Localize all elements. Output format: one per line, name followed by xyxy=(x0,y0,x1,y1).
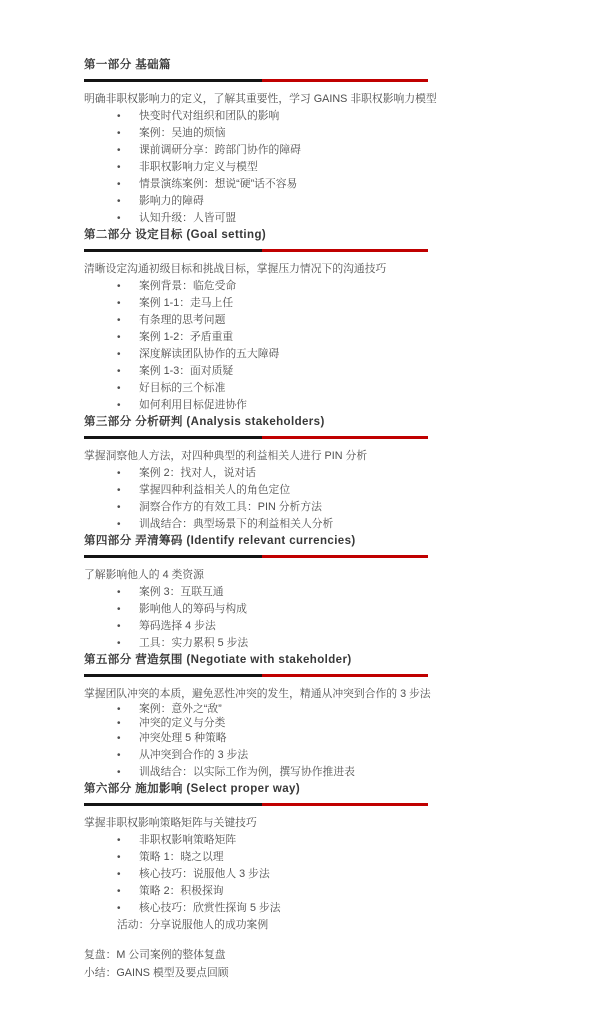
divider-red-segment xyxy=(262,803,428,806)
section-title: 第四部分 弄清筹码 (Identify relevant currencies) xyxy=(84,533,534,550)
bullet-item: •如何利用目标促进协作 xyxy=(84,397,534,414)
bullet-marker: • xyxy=(117,363,121,380)
bullet-text: 非职权影响策略矩阵 xyxy=(139,834,236,846)
section-intro: 清晰设定沟通初级目标和挑战目标，掌握压力情况下的沟通技巧 xyxy=(84,261,534,278)
bullet-marker: • xyxy=(117,346,121,363)
bullet-item: •案例 1-1：走马上任 xyxy=(84,295,534,312)
bullet-item: •有条理的思考问题 xyxy=(84,312,534,329)
divider-black-segment xyxy=(84,249,262,252)
bullet-text: 如何利用目标促进协作 xyxy=(139,399,247,411)
bullet-marker: • xyxy=(117,210,121,227)
section-divider xyxy=(84,79,428,82)
bullet-item: •筹码选择 4 步法 xyxy=(84,618,534,635)
bullet-item: •案例：意外之“敌” xyxy=(84,703,534,717)
bullet-item: •核心技巧：说服他人 3 步法 xyxy=(84,866,534,883)
bullet-marker: • xyxy=(117,142,121,159)
bullet-text: 好目标的三个标准 xyxy=(139,382,225,394)
section-intro: 掌握洞察他人方法，对四种典型的利益相关人进行 PIN 分析 xyxy=(84,448,534,465)
bullet-marker: • xyxy=(117,516,121,533)
bullet-text: 案例：吴迪的烦恼 xyxy=(139,127,225,139)
bullet-text: 筹码选择 4 步法 xyxy=(139,620,216,632)
divider-red-segment xyxy=(262,79,428,82)
bullet-list: •案例：意外之“敌”•冲突的定义与分类•冲突处理 5 种策略•从冲突到合作的 3… xyxy=(84,703,534,781)
bullet-item: •好目标的三个标准 xyxy=(84,380,534,397)
bullet-text: 案例背景：临危受命 xyxy=(139,280,236,292)
bullet-marker: • xyxy=(117,717,121,731)
bullet-text: 洞察合作方的有效工具：PIN 分析方法 xyxy=(139,501,322,513)
bullet-item: •影响力的障碍 xyxy=(84,193,534,210)
section-divider xyxy=(84,555,428,558)
bullet-marker: • xyxy=(117,482,121,499)
course-section: 第五部分 营造氛围 (Negotiate with stakeholder) 掌… xyxy=(84,652,534,781)
divider-red-segment xyxy=(262,436,428,439)
bullet-text: 情景演练案例：想说“硬”话不容易 xyxy=(139,178,297,190)
bullet-text: 策略 1：晓之以理 xyxy=(139,851,224,863)
section-title: 第一部分 基础篇 xyxy=(84,57,534,74)
bullet-marker: • xyxy=(117,193,121,210)
section-title: 第三部分 分析研判 (Analysis stakeholders) xyxy=(84,414,534,431)
section-divider xyxy=(84,803,428,806)
bullet-text: 从冲突到合作的 3 步法 xyxy=(139,749,248,761)
divider-black-segment xyxy=(84,79,262,82)
course-section: 第二部分 设定目标 (Goal setting) 清晰设定沟通初级目标和挑战目标… xyxy=(84,227,534,414)
bullet-item: •非职权影响策略矩阵 xyxy=(84,832,534,849)
course-section: 第一部分 基础篇 明确非职权影响力的定义，了解其重要性，学习 GAINS 非职权… xyxy=(84,57,534,227)
bullet-marker: • xyxy=(117,312,121,329)
bullet-text: 策略 2：积极探询 xyxy=(139,885,224,897)
bullet-text: 训战结合：典型场景下的利益相关人分析 xyxy=(139,518,333,530)
bullet-text: 案例 1-3：面对质疑 xyxy=(139,365,233,377)
bullet-text: 冲突的定义与分类 xyxy=(139,717,225,729)
bullet-text: 案例 3：互联互通 xyxy=(139,586,224,598)
bullet-text: 深度解读团队协作的五大障碍 xyxy=(139,348,279,360)
bullet-marker: • xyxy=(117,397,121,414)
bullet-item: •训战结合：以实际工作为例，撰写协作推进表 xyxy=(84,764,534,781)
bullet-marker: • xyxy=(117,499,121,516)
bullet-marker: • xyxy=(117,764,121,781)
bullet-item: •深度解读团队协作的五大障碍 xyxy=(84,346,534,363)
bullet-marker: • xyxy=(117,866,121,883)
bullet-item: •策略 1：晓之以理 xyxy=(84,849,534,866)
bullet-item: •案例：吴迪的烦恼 xyxy=(84,125,534,142)
bullet-item: •案例背景：临危受命 xyxy=(84,278,534,295)
bullet-list: •非职权影响策略矩阵•策略 1：晓之以理•核心技巧：说服他人 3 步法•策略 2… xyxy=(84,832,534,917)
bullet-item: •案例 2：找对人，说对话 xyxy=(84,465,534,482)
bullet-marker: • xyxy=(117,883,121,900)
section-title: 第二部分 设定目标 (Goal setting) xyxy=(84,227,534,244)
bullet-list: •案例 3：互联互通•影响他人的筹码与构成•筹码选择 4 步法•工具：实力累积 … xyxy=(84,584,534,652)
bullet-marker: • xyxy=(117,832,121,849)
bullet-item: •案例 1-3：面对质疑 xyxy=(84,363,534,380)
bullet-text: 影响力的障碍 xyxy=(139,195,204,207)
bullet-item: •案例 3：互联互通 xyxy=(84,584,534,601)
bullet-marker: • xyxy=(117,584,121,601)
bullet-text: 课前调研分享：跨部门协作的障碍 xyxy=(139,144,301,156)
bullet-marker: • xyxy=(117,747,121,764)
bullet-list: •快变时代对组织和团队的影响•案例：吴迪的烦恼•课前调研分享：跨部门协作的障碍•… xyxy=(84,108,534,227)
bullet-marker: • xyxy=(117,601,121,618)
section-divider xyxy=(84,436,428,439)
bullet-text: 快变时代对组织和团队的影响 xyxy=(139,110,279,122)
document-footer: 复盘：M 公司案例的整体复盘 小结：GAINS 模型及要点回顾 xyxy=(84,946,534,982)
bullet-item: •训战结合：典型场景下的利益相关人分析 xyxy=(84,516,534,533)
divider-black-segment xyxy=(84,674,262,677)
bullet-item: •影响他人的筹码与构成 xyxy=(84,601,534,618)
bullet-text: 案例 2：找对人，说对话 xyxy=(139,467,256,479)
bullet-marker: • xyxy=(117,618,121,635)
sections: 第一部分 基础篇 明确非职权影响力的定义，了解其重要性，学习 GAINS 非职权… xyxy=(84,57,534,934)
footer-line-review: 复盘：M 公司案例的整体复盘 xyxy=(84,946,534,964)
section-intro: 掌握非职权影响策略矩阵与关键技巧 xyxy=(84,815,534,832)
bullet-item: •冲突的定义与分类 xyxy=(84,717,534,731)
bullet-text: 非职权影响力定义与模型 xyxy=(139,161,258,173)
divider-red-segment xyxy=(262,555,428,558)
section-divider xyxy=(84,674,428,677)
bullet-text: 认知升级：人皆可盟 xyxy=(139,212,236,224)
bullet-marker: • xyxy=(117,125,121,142)
course-section: 第三部分 分析研判 (Analysis stakeholders) 掌握洞察他人… xyxy=(84,414,534,533)
bullet-text: 影响他人的筹码与构成 xyxy=(139,603,247,615)
bullet-item: •非职权影响力定义与模型 xyxy=(84,159,534,176)
bullet-item: •工具：实力累积 5 步法 xyxy=(84,635,534,652)
bullet-text: 有条理的思考问题 xyxy=(139,314,225,326)
section-intro: 了解影响他人的 4 类资源 xyxy=(84,567,534,584)
bullet-item: •快变时代对组织和团队的影响 xyxy=(84,108,534,125)
bullet-text: 核心技巧：欣赏性探询 5 步法 xyxy=(139,902,281,914)
bullet-marker: • xyxy=(117,635,121,652)
bullet-text: 案例 1-2：矛盾重重 xyxy=(139,331,233,343)
divider-red-segment xyxy=(262,249,428,252)
section-divider xyxy=(84,249,428,252)
bullet-marker: • xyxy=(117,278,121,295)
bullet-item: •课前调研分享：跨部门协作的障碍 xyxy=(84,142,534,159)
bullet-list: •案例背景：临危受命•案例 1-1：走马上任•有条理的思考问题•案例 1-2：矛… xyxy=(84,278,534,414)
bullet-list: •案例 2：找对人，说对话•掌握四种利益相关人的角色定位•洞察合作方的有效工具：… xyxy=(84,465,534,533)
bullet-marker: • xyxy=(117,329,121,346)
bullet-marker: • xyxy=(117,108,121,125)
bullet-marker: • xyxy=(117,380,121,397)
bullet-marker: • xyxy=(117,849,121,866)
bullet-item: •从冲突到合作的 3 步法 xyxy=(84,747,534,764)
section-title: 第六部分 施加影响 (Select proper way) xyxy=(84,781,534,798)
bullet-text: 训战结合：以实际工作为例，撰写协作推进表 xyxy=(139,766,355,778)
bullet-item: •认知升级：人皆可盟 xyxy=(84,210,534,227)
bullet-item: •情景演练案例：想说“硬”话不容易 xyxy=(84,176,534,193)
document-page: 第一部分 基础篇 明确非职权影响力的定义，了解其重要性，学习 GAINS 非职权… xyxy=(0,0,590,1024)
divider-black-segment xyxy=(84,436,262,439)
section-intro: 掌握团队冲突的本质，避免恶性冲突的发生，精通从冲突到合作的 3 步法 xyxy=(84,686,534,703)
bullet-marker: • xyxy=(117,295,121,312)
bullet-item: •洞察合作方的有效工具：PIN 分析方法 xyxy=(84,499,534,516)
bullet-marker: • xyxy=(117,465,121,482)
bullet-text: 核心技巧：说服他人 3 步法 xyxy=(139,868,270,880)
bullet-marker: • xyxy=(117,900,121,917)
section-title: 第五部分 营造氛围 (Negotiate with stakeholder) xyxy=(84,652,534,669)
section-intro: 明确非职权影响力的定义，了解其重要性，学习 GAINS 非职权影响力模型 xyxy=(84,91,534,108)
section-tail: 活动：分享说服他人的成功案例 xyxy=(84,917,534,934)
bullet-text: 案例：意外之“敌” xyxy=(139,703,222,715)
bullet-marker: • xyxy=(117,159,121,176)
bullet-item: •核心技巧：欣赏性探询 5 步法 xyxy=(84,900,534,917)
course-section: 第六部分 施加影响 (Select proper way) 掌握非职权影响策略矩… xyxy=(84,781,534,934)
bullet-marker: • xyxy=(117,730,121,747)
footer-line-summary: 小结：GAINS 模型及要点回顾 xyxy=(84,964,534,982)
bullet-item: •案例 1-2：矛盾重重 xyxy=(84,329,534,346)
bullet-text: 工具：实力累积 5 步法 xyxy=(139,637,248,649)
bullet-marker: • xyxy=(117,176,121,193)
divider-black-segment xyxy=(84,803,262,806)
divider-red-segment xyxy=(262,674,428,677)
bullet-item: •冲突处理 5 种策略 xyxy=(84,730,534,747)
bullet-text: 冲突处理 5 种策略 xyxy=(139,732,227,744)
bullet-marker: • xyxy=(117,703,121,717)
bullet-text: 掌握四种利益相关人的角色定位 xyxy=(139,484,290,496)
bullet-item: •策略 2：积极探询 xyxy=(84,883,534,900)
divider-black-segment xyxy=(84,555,262,558)
course-section: 第四部分 弄清筹码 (Identify relevant currencies)… xyxy=(84,533,534,652)
bullet-text: 案例 1-1：走马上任 xyxy=(139,297,233,309)
bullet-item: •掌握四种利益相关人的角色定位 xyxy=(84,482,534,499)
